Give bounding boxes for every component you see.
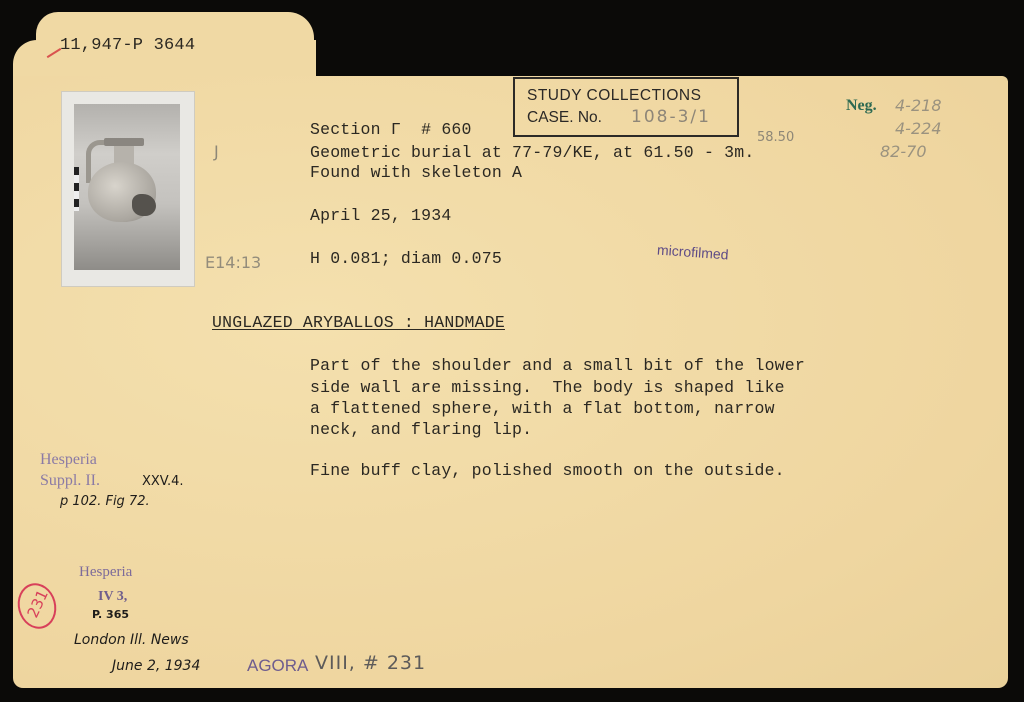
- study-collections-stamp: STUDY COLLECTIONS CASE. No. 108-3/1: [513, 77, 739, 137]
- hesperia-iv-page: P. 365: [92, 608, 129, 621]
- agora-handwritten-ref: VIII, # 231: [315, 652, 426, 674]
- london-news-date: June 2, 1934: [112, 658, 200, 674]
- photo-image: [74, 104, 180, 270]
- description-line: neck, and flaring lip.: [310, 420, 532, 439]
- negative-number: 4-218: [895, 96, 942, 115]
- found-with-line: Found with skeleton A: [310, 163, 522, 182]
- pencil-grid-ref: E14:13: [205, 253, 261, 272]
- object-title: UNGLAZED ARYBALLOS : HANDMADE: [212, 313, 505, 332]
- section-line: Section Γ # 660: [310, 120, 472, 139]
- pencil-mark: J: [214, 142, 219, 161]
- hesperia-suppl-vol-handwritten: XXV.4.: [142, 474, 184, 489]
- stamp-title: STUDY COLLECTIONS: [527, 87, 701, 105]
- pencil-depth-correction: 58.50: [757, 130, 794, 145]
- negative-number: 4-224: [895, 119, 942, 138]
- london-news-handwritten: London Ill. News: [74, 632, 189, 648]
- fabric-description: Fine buff clay, polished smooth on the o…: [310, 461, 785, 480]
- description-line: side wall are missing. The body is shape…: [310, 378, 785, 397]
- vessel-lip: [104, 138, 144, 146]
- description-line: Part of the shoulder and a small bit of …: [310, 356, 805, 375]
- stamp-case-label: CASE. No.: [527, 109, 602, 127]
- hesperia-iv-volume: IV 3,: [98, 589, 127, 605]
- hesperia-suppl-page-handwritten: p 102. Fig 72.: [60, 494, 150, 509]
- catalog-number: 11,947-P 3644: [60, 36, 195, 55]
- hesperia-suppl-volume-stamp: Suppl. II.: [40, 472, 100, 490]
- hesperia-iv-stamp: Hesperia: [79, 564, 132, 581]
- hesperia-suppl-stamp: Hesperia: [40, 451, 97, 469]
- location-line: Geometric burial at 77-79/KE, at 61.50 -…: [310, 143, 754, 162]
- negatives-label: Neg.: [846, 97, 877, 115]
- object-photo: [61, 91, 195, 287]
- red-circle-text: 231: [24, 587, 52, 621]
- negative-number: 82-70: [880, 142, 927, 161]
- scale-bar-icon: [74, 167, 79, 211]
- stamp-case-number: 108-3/1: [631, 107, 711, 127]
- agora-stamp: AGORA: [247, 656, 308, 676]
- date: April 25, 1934: [310, 206, 451, 225]
- dimensions: H 0.081; diam 0.075: [310, 249, 502, 268]
- vessel-missing-fragment: [132, 194, 156, 216]
- description-line: a flattened sphere, with a flat bottom, …: [310, 399, 775, 418]
